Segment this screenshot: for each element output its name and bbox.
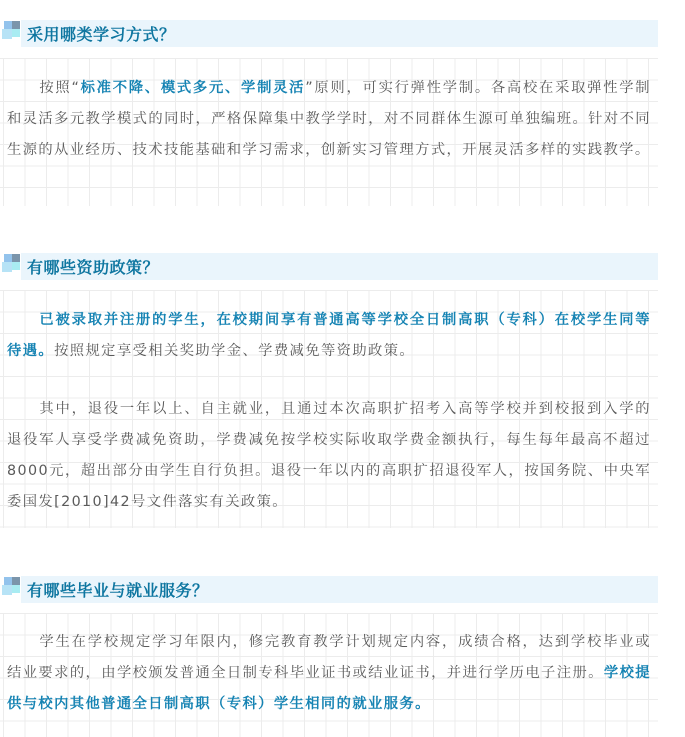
section-title: 采用哪类学习方式？ <box>27 22 176 45</box>
squares-decoration-icon <box>2 21 20 39</box>
paragraph-veterans-policy: 其中，退役一年以上、自主就业，且通过本次高职扩招考入高等学校并到校报到入学的退役… <box>7 394 651 518</box>
squares-decoration-icon <box>2 577 20 595</box>
paragraph-aid-eligibility: 已被录取并注册的学生，在校期间享有普通高等学校全日制高职（专科）在校学生同等待遇… <box>7 305 651 367</box>
section-header-learning-mode: 采用哪类学习方式？ <box>0 20 658 48</box>
paragraph-graduation: 学生在学校规定学习年限内，修完教育教学计划规定内容，成绩合格，达到学校毕业或结业… <box>7 627 651 720</box>
section-header-financial-aid: 有哪些资助政策？ <box>0 253 658 281</box>
section-title: 有哪些资助政策？ <box>27 255 159 278</box>
highlight-text: 标准不降、模式多元、学制灵活 <box>80 80 305 96</box>
section-title: 有哪些毕业与就业服务？ <box>27 578 209 601</box>
squares-decoration-icon <box>2 254 20 272</box>
section-header-graduation-employment: 有哪些毕业与就业服务？ <box>0 576 658 604</box>
paragraph-learning-mode: 按照“标准不降、模式多元、学制灵活”原则，可实行弹性学制。各高校在采取弹性学制和… <box>7 73 651 166</box>
